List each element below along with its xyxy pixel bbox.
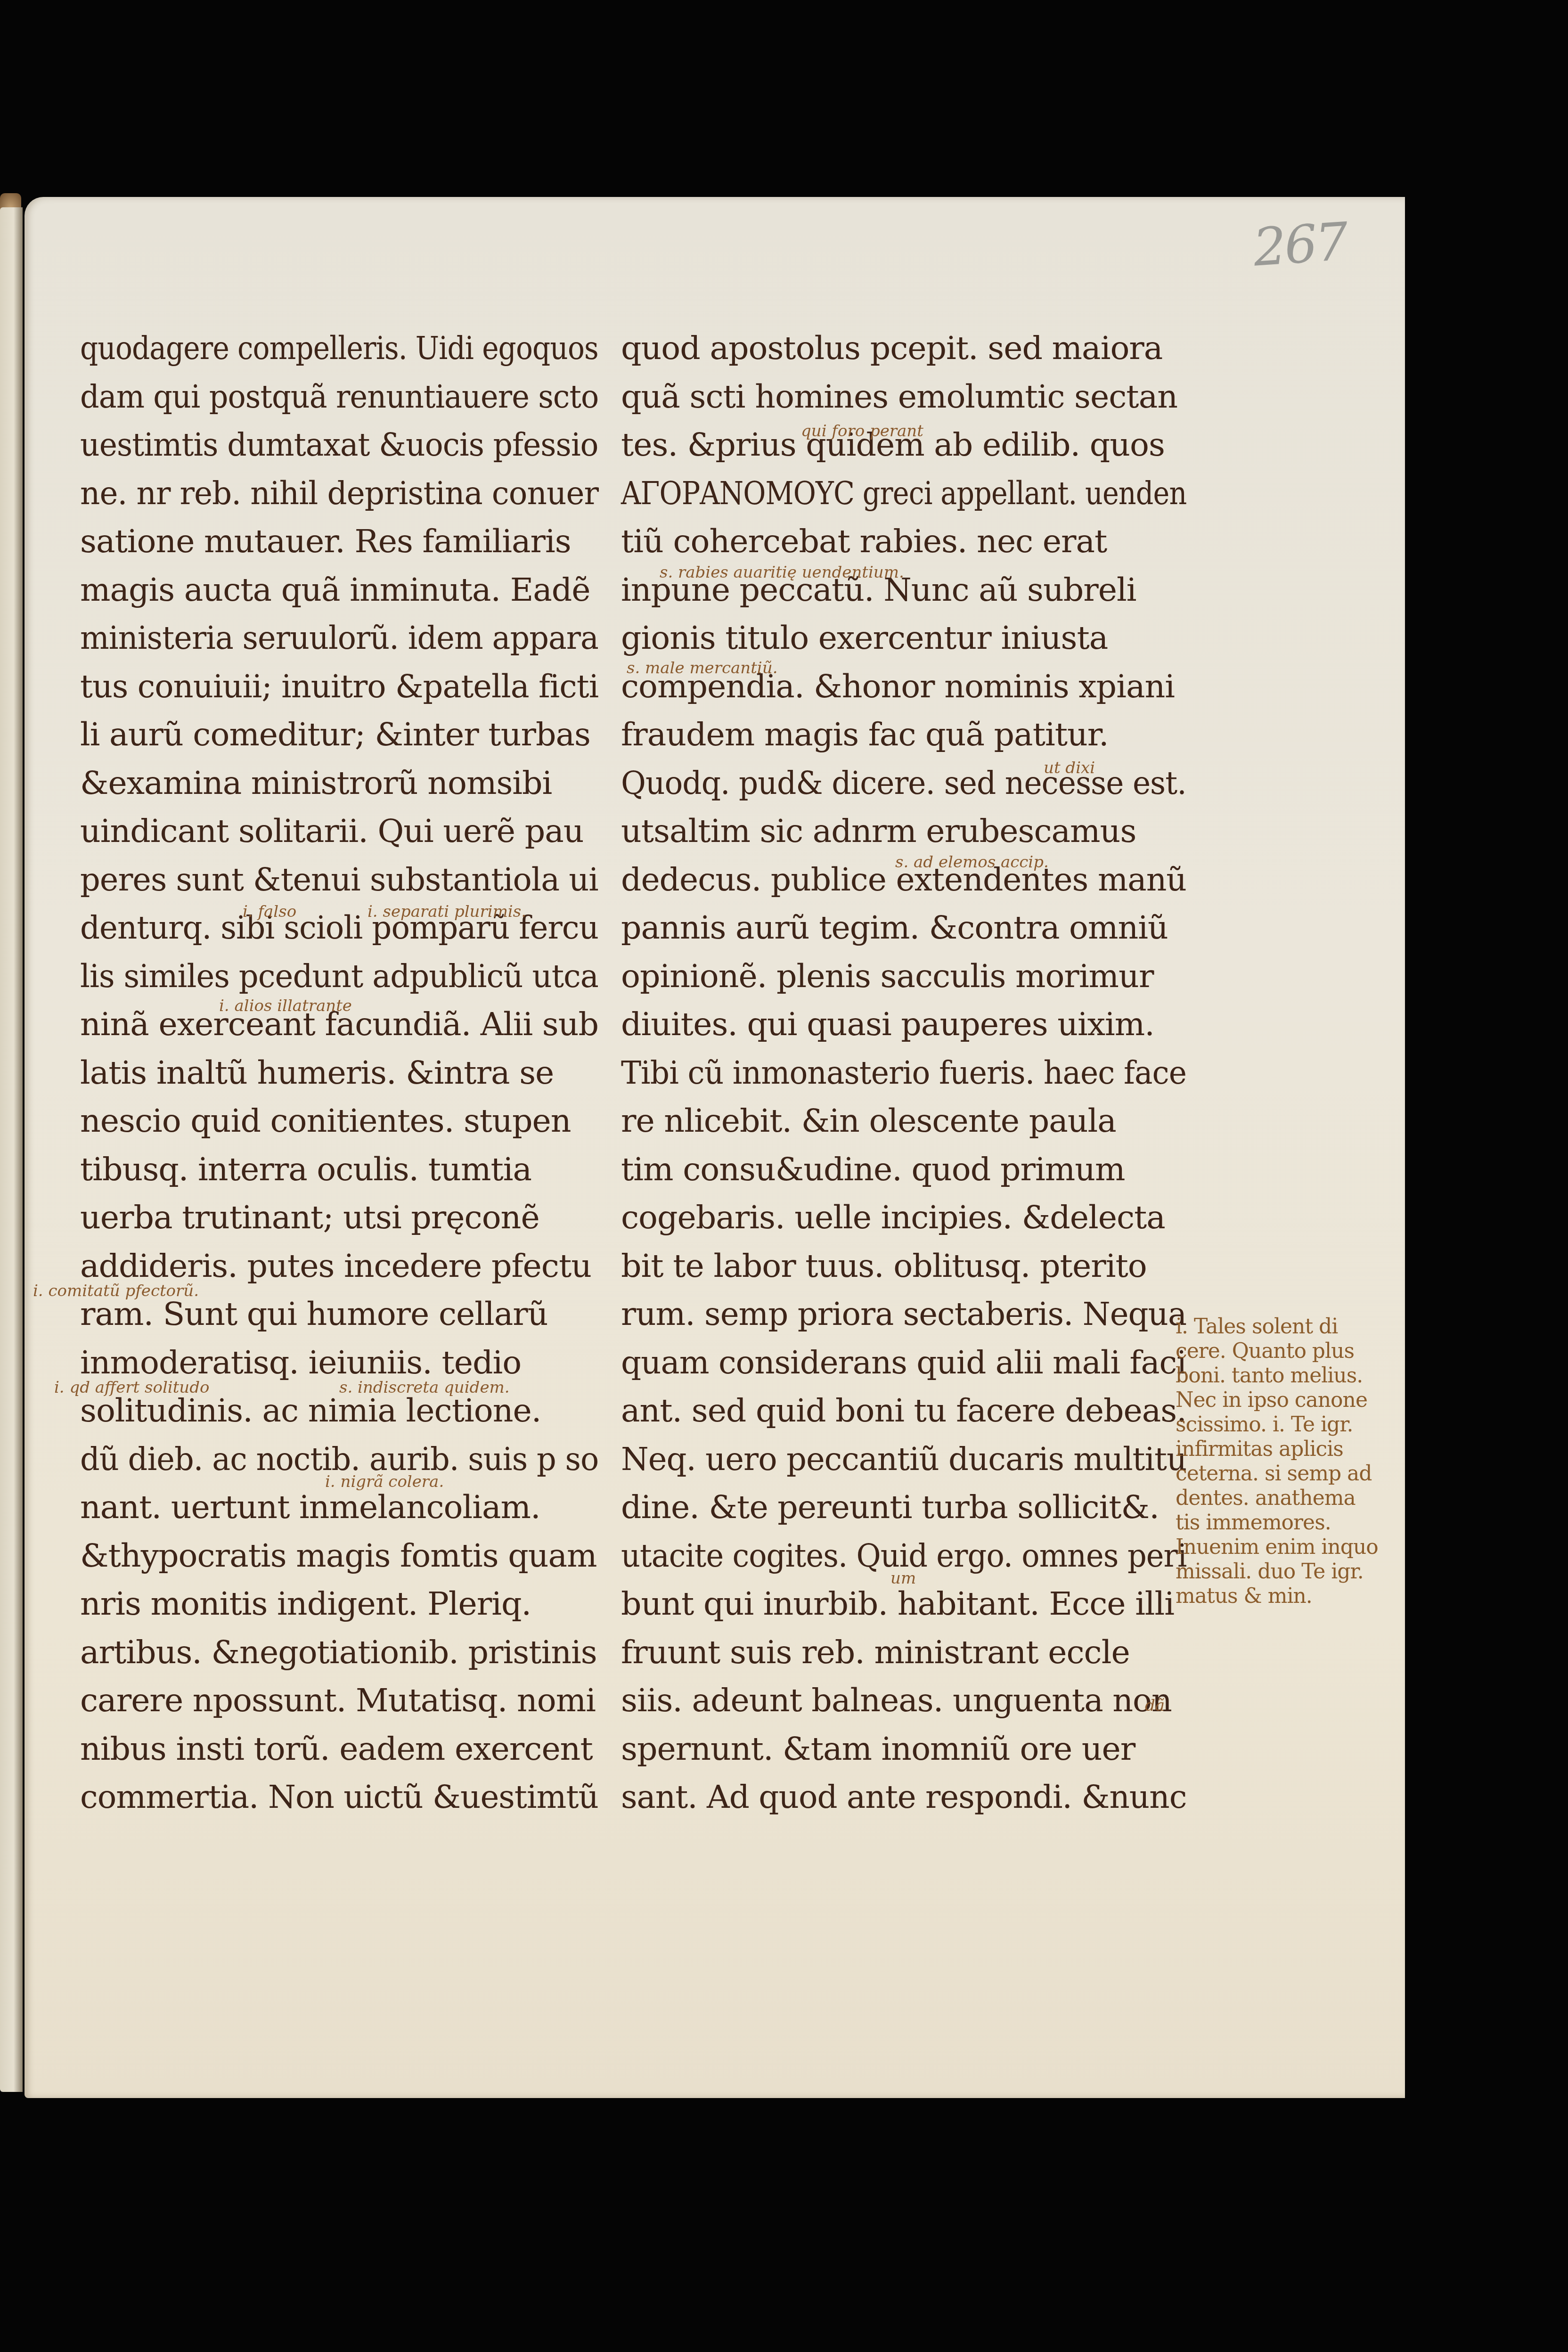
text-line: magis aucta quã inminuta. Eadẽ [80, 572, 590, 609]
text-line: ΑΓΟΡΑΝΟΜΟΥC greci appellant. uenden [621, 475, 1186, 512]
interlinear-gloss: i. qd affert solitudo [54, 1378, 210, 1397]
text-line: commertia. Non uictũ &uestimtũ [80, 1779, 598, 1816]
text-line: &examina ministrorũ nomsibi [80, 765, 552, 802]
interlinear-gloss: qui foro perant [801, 422, 923, 441]
margin-note-line: missali. duo Te igr. [1176, 1560, 1364, 1584]
text-line: latis inaltũ humeris. &intra se [80, 1054, 554, 1092]
text-line: solitudinis. ac nimia lectione. [80, 1392, 541, 1429]
text-line: addideris. putes incedere pfectu [80, 1248, 591, 1285]
text-line: satione mutauer. Res familiaris [80, 523, 571, 560]
text-line: uestimtis dumtaxat &uocis pfessio [80, 426, 598, 464]
text-line: nris monitis indigent. Pleriq. [80, 1585, 531, 1623]
text-line: peres sunt &tenui substantiola ui [80, 861, 598, 898]
text-line: uindicant solitarii. Qui uerẽ pau [80, 813, 584, 850]
margin-note-line: cere. Quanto plus [1176, 1339, 1354, 1363]
text-line: carere npossunt. Mutatisq. nomi [80, 1682, 596, 1719]
margin-note-line: i. Tales solent di [1176, 1315, 1338, 1339]
interlinear-gloss: dã [1145, 1696, 1165, 1715]
margin-note-line: ceterna. si semp ad [1176, 1462, 1372, 1486]
text-line: bit te labor tuus. oblitusq. pterito [621, 1248, 1147, 1285]
text-line: spernunt. &tam inomniũ ore uer [621, 1731, 1135, 1768]
text-line: fraudem magis fac quã patitur. [621, 716, 1109, 753]
text-line: lis similes pcedunt adpublicũ utca [80, 958, 598, 995]
margin-note-line: Inuenim enim inquo [1176, 1535, 1378, 1559]
text-line: siis. adeunt balneas. unguenta non [621, 1682, 1172, 1719]
text-line: tibusq. interra oculis. tumtia [80, 1151, 531, 1188]
text-line: opinionẽ. plenis sacculis morimur [621, 958, 1153, 995]
margin-note-line: boni. tanto melius. [1176, 1364, 1363, 1388]
text-line: fruunt suis reb. ministrant eccle [621, 1634, 1130, 1671]
text-line: rum. semp priora sectaberis. Nequa [621, 1296, 1186, 1333]
interlinear-gloss: i. nigrã colera. [325, 1472, 444, 1491]
text-line: utsaltim sic adnrm erubescamus [621, 813, 1136, 850]
previous-leaf-edge [0, 207, 23, 2092]
text-line: ant. sed quid boni tu facere debeas. [621, 1392, 1186, 1429]
text-line: nibus insti torũ. eadem exercent [80, 1731, 593, 1768]
margin-note-line: Nec in ipso canone [1176, 1388, 1367, 1412]
margin-note-line: tis immemores. [1176, 1511, 1331, 1535]
text-line: gionis titulo exercentur iniusta [621, 620, 1108, 657]
text-line: Quodq. pud& dicere. sed necesse est. [621, 765, 1186, 802]
text-line: quã scti homines emolumtic sectan [621, 378, 1177, 416]
text-line: uerba trutinant; utsi pręconẽ [80, 1199, 539, 1236]
text-line: dine. &te pereunti turba sollicit&. [621, 1489, 1159, 1526]
text-line: tim consu&udine. quod primum [621, 1151, 1125, 1188]
text-line: nescio quid conitientes. stupen [80, 1102, 571, 1140]
text-line: diuites. qui quasi pauperes uixim. [621, 1006, 1154, 1043]
text-line: cogebaris. uelle incipies. &delecta [621, 1199, 1165, 1236]
margin-note-line: scissimo. i. Te igr. [1176, 1413, 1353, 1437]
text-line: Neq. uero peccantiũ ducaris multitu [621, 1441, 1186, 1478]
interlinear-gloss: s. male mercantiũ. [627, 659, 777, 678]
interlinear-gloss: s. ad elemos accip. [895, 853, 1049, 872]
interlinear-gloss: s. rabies auaritię uendentium. [660, 563, 904, 582]
text-line: nant. uertunt inmelancoliam. [80, 1489, 540, 1526]
text-line: ministeria seruulorũ. idem appara [80, 620, 598, 657]
interlinear-gloss: i. falso [243, 902, 296, 921]
text-line: quam considerans quid alii mali faci [621, 1344, 1186, 1381]
text-line: sant. Ad quod ante respondi. &nunc [621, 1779, 1186, 1816]
margin-note-line: dentes. anathema [1176, 1486, 1356, 1510]
text-line: quodagere compelleris. Uidi egoquos [80, 330, 598, 367]
text-line: pannis aurũ tegim. &contra omniũ [621, 909, 1168, 947]
text-line: tus conuiuii; inuitro &patella ficti [80, 668, 598, 705]
text-line: &thypocratis magis fomtis quam [80, 1537, 597, 1575]
interlinear-gloss: ut dixi [1044, 759, 1095, 777]
text-line: ne. nr reb. nihil depristina conuer [80, 475, 598, 512]
interlinear-gloss: um [890, 1569, 916, 1588]
interlinear-gloss: s. indiscreta quidem. [339, 1378, 510, 1397]
text-line: dam qui postquã renuntiauere scto [80, 378, 598, 416]
interlinear-gloss: i. comitatũ pfectorũ. [33, 1282, 199, 1300]
text-line: re nlicebit. &in olescente paula [621, 1102, 1116, 1140]
folio-number: 267 [1251, 211, 1348, 278]
text-line: inmoderatisq. ieiuniis. tedio [80, 1344, 521, 1381]
text-line: artibus. &negotiationib. pristinis [80, 1634, 597, 1671]
margin-note-line: infirmitas aplicis [1176, 1437, 1343, 1461]
text-line: bunt qui inurbib. habitant. Ecce illi [621, 1585, 1174, 1623]
text-line: quod apostolus pcepit. sed maiora [621, 330, 1162, 367]
text-line: li aurũ comeditur; &inter turbas [80, 716, 590, 753]
interlinear-gloss: i. separati plurimis. [367, 902, 526, 921]
text-line: ram. Sunt qui humore cellarũ [80, 1296, 548, 1333]
margin-note-line: matus & min. [1176, 1584, 1312, 1608]
text-line: tiũ cohercebat rabies. nec erat [621, 523, 1107, 560]
text-line: Tibi cũ inmonasterio fueris. haec face [621, 1054, 1186, 1092]
interlinear-gloss: i. alios illatrante [219, 996, 352, 1015]
